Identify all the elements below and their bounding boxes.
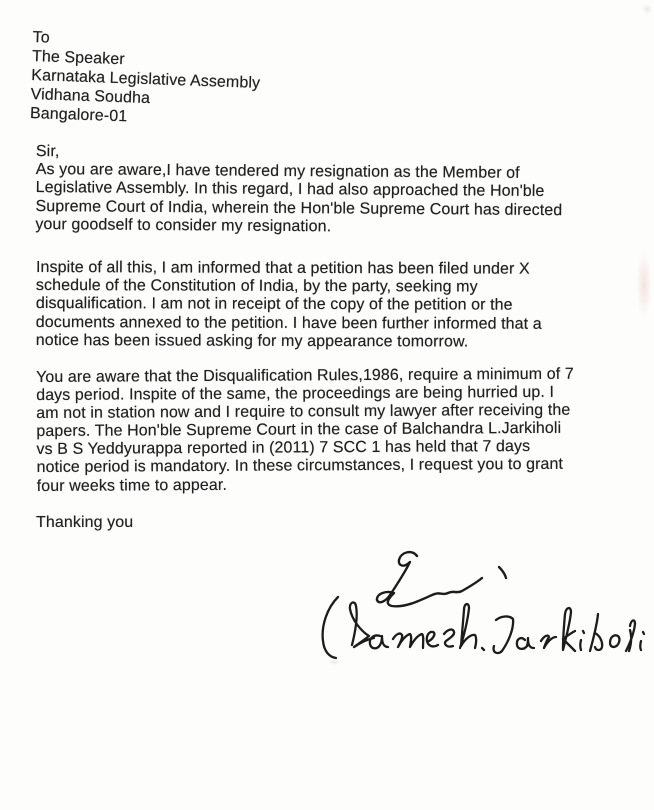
body-line: schedule of the Constitution of India, b…: [36, 277, 542, 297]
signature-name-strokes: [323, 597, 644, 658]
scan-smudge-top-corner: [640, 2, 654, 16]
signature-ink-drawing: [300, 540, 654, 670]
scan-smudge-right-edge: [634, 240, 654, 330]
paragraph-2: Inspite of all this, I am informed that …: [36, 259, 542, 352]
body-line: Inspite of all this, I am informed that …: [36, 259, 542, 279]
body-line: notice period is mandatory. In these cir…: [37, 456, 575, 477]
closing-line: Thanking you: [36, 514, 133, 532]
body-line: disqualification. I am not in receipt of…: [36, 295, 542, 315]
body-line: notice has been issued asking for my app…: [36, 332, 542, 352]
signature-flourish: [377, 552, 506, 606]
body-line: documents annexed to the petition. I hav…: [36, 314, 542, 334]
paragraph-1: Sir, As you are aware,I have tendered my…: [35, 143, 562, 238]
recipient-block: To The Speaker Karnataka Legislative Ass…: [30, 28, 262, 131]
scanned-letter-page: To The Speaker Karnataka Legislative Ass…: [0, 0, 654, 810]
signature: Ramesh. Jarkiholi: [300, 540, 654, 670]
body-line: four weeks time to appear.: [37, 474, 575, 495]
paragraph-3: You are aware that the Disqualification …: [36, 366, 575, 496]
